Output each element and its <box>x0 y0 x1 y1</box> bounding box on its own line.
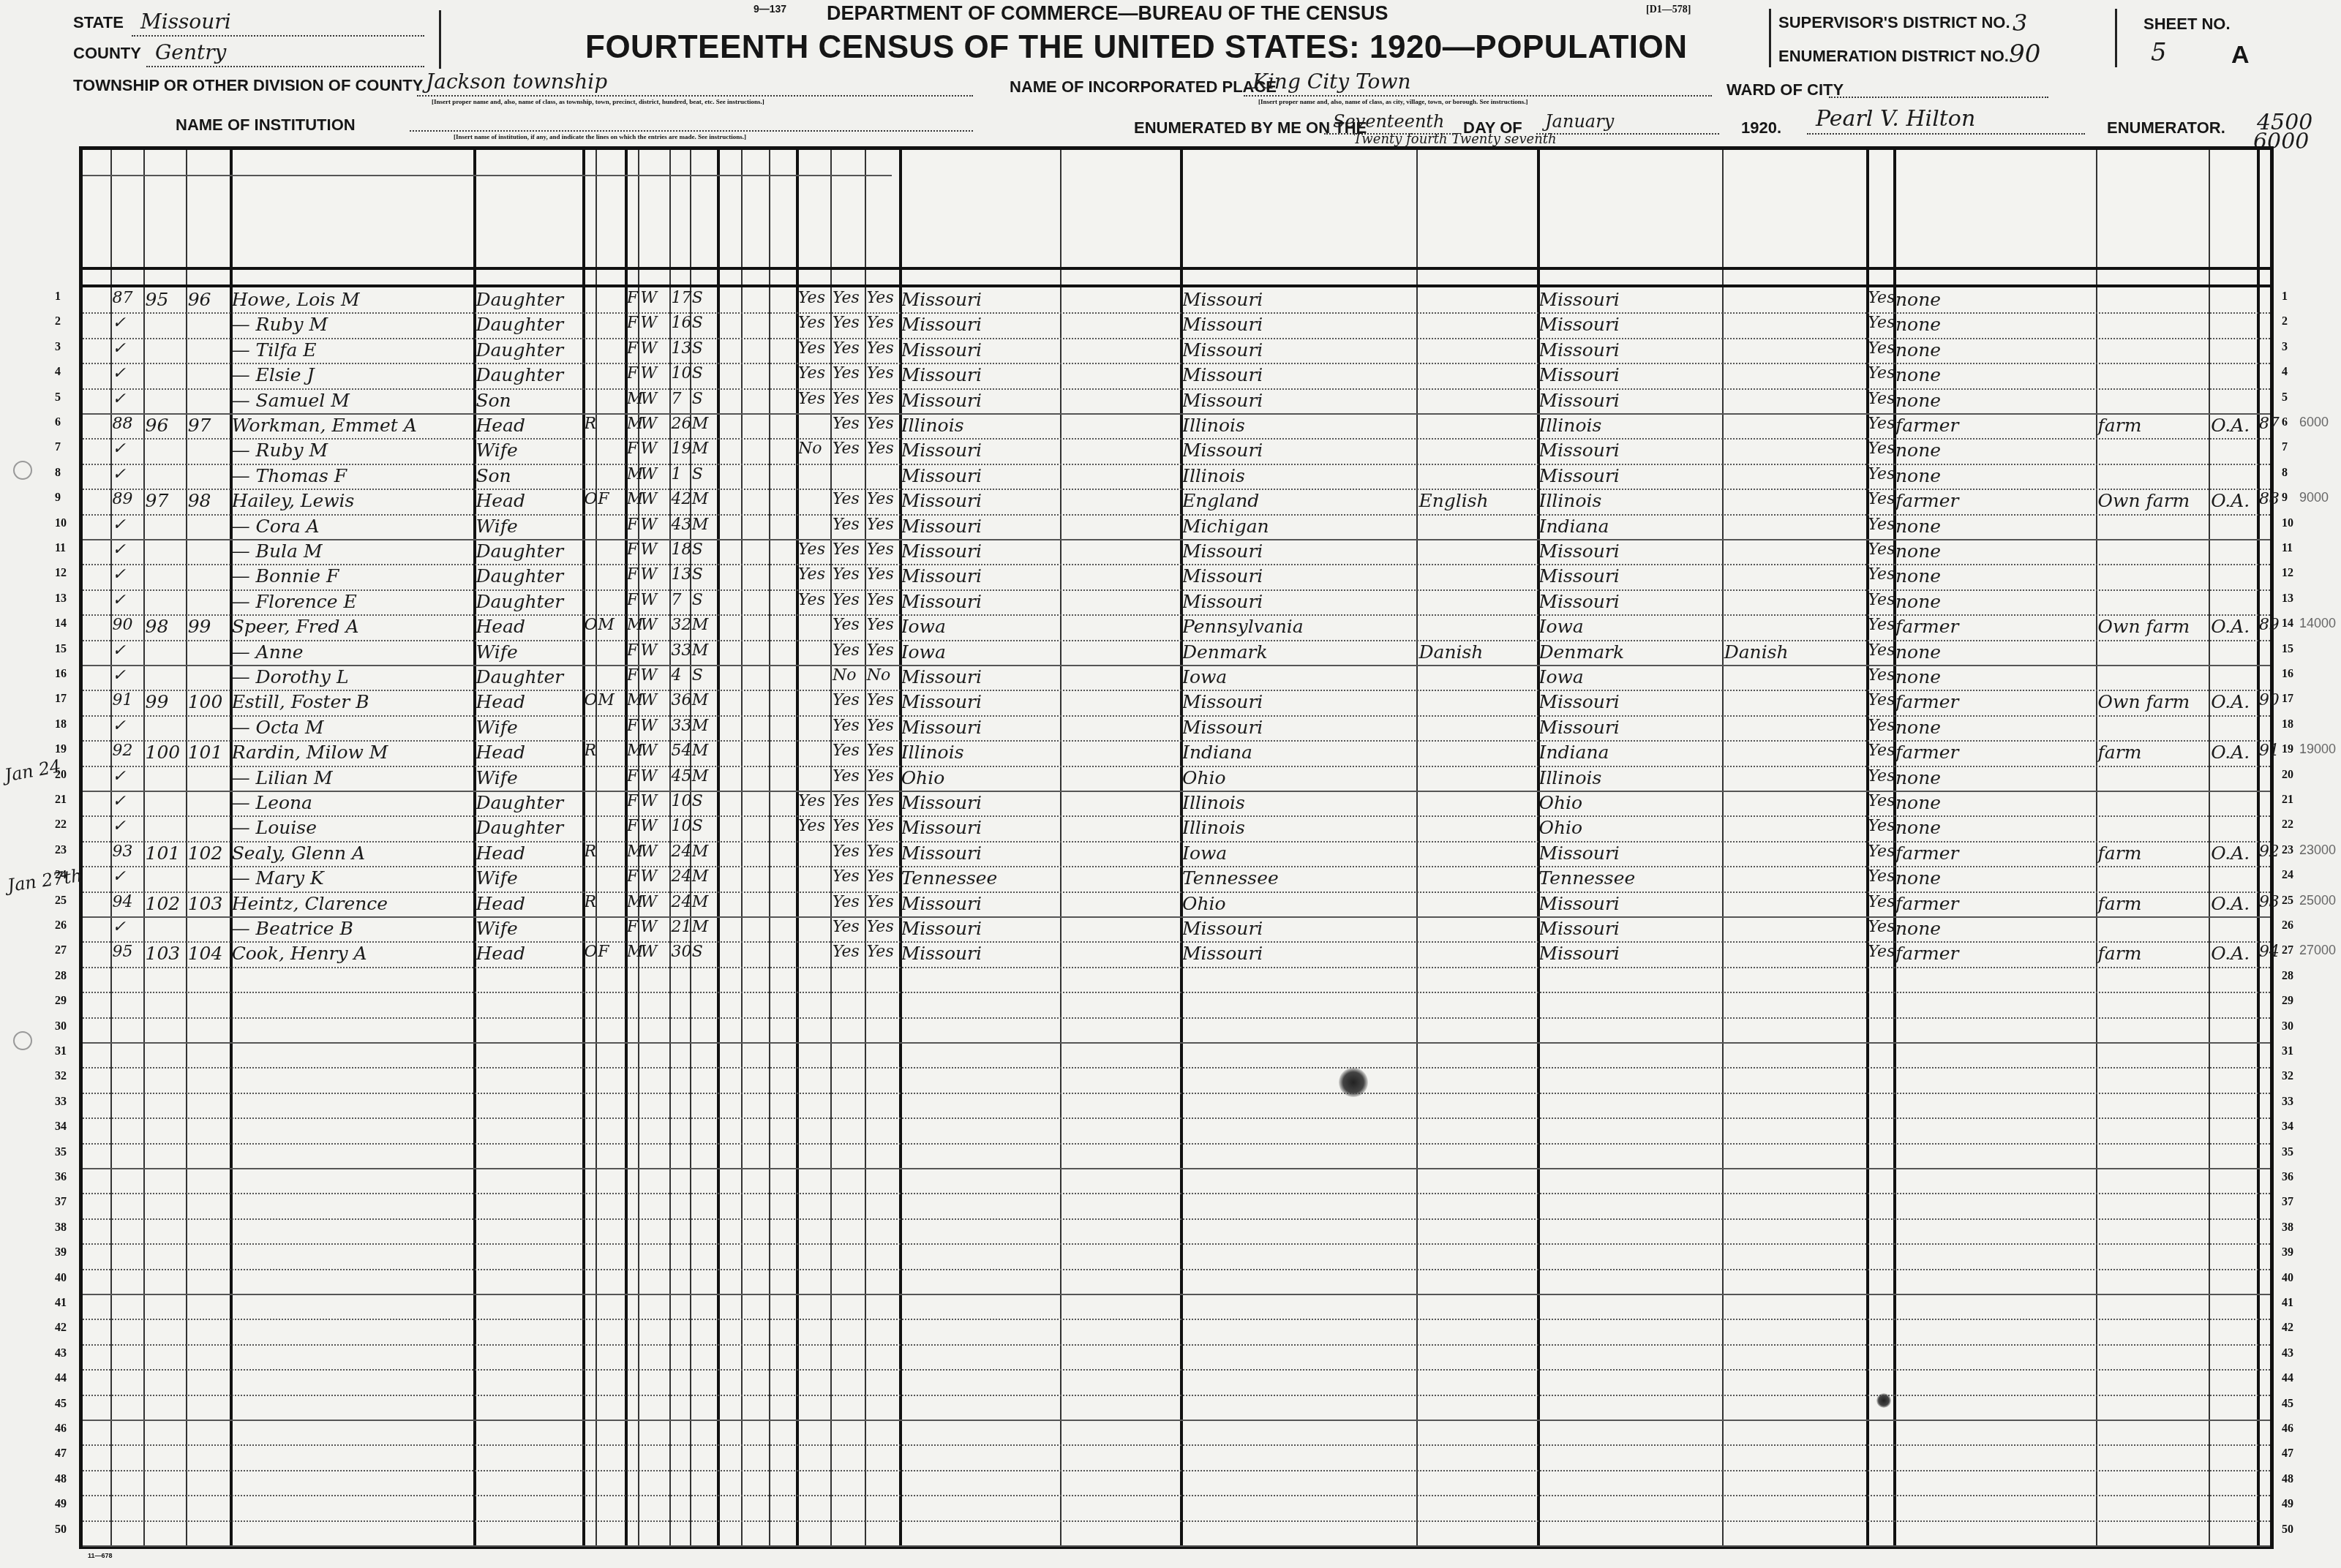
cell-name: — Samuel M <box>232 390 350 411</box>
cell-f-birth: Missouri <box>1182 591 1263 612</box>
cell-house: ✓ <box>113 540 126 559</box>
line-number: 48 <box>55 1473 67 1486</box>
line-number: 15 <box>2282 643 2293 656</box>
cell-birth: Missouri <box>901 817 982 838</box>
cell-sex: F <box>627 767 638 785</box>
cell-name: — Cora A <box>232 516 320 537</box>
table-row: ✓— Lilian MWifeFW45MYesYesOhioOhioIllino… <box>83 767 2270 792</box>
cell-birth: Ohio <box>901 767 945 788</box>
cell-relation: Wife <box>476 717 517 738</box>
line-number: 28 <box>55 970 67 983</box>
cell-birth: Missouri <box>901 516 982 537</box>
row-divider <box>83 1143 2270 1145</box>
cell-marital: S <box>692 540 703 559</box>
table-row: ✓— Ruby MWifeFW19MNoYesYesMissouriMissou… <box>83 440 2270 464</box>
cell-write: Yes <box>867 742 894 760</box>
cell-relation: Daughter <box>476 591 563 612</box>
cell-house: ✓ <box>113 867 126 886</box>
incorporated-place-field[interactable]: King City Town <box>1244 70 1712 97</box>
line-number: 37 <box>55 1196 67 1209</box>
cell-f-birth: Tennessee <box>1182 867 1279 889</box>
cell-age: 24 <box>672 867 692 886</box>
township-field[interactable]: Jackson township <box>417 70 973 97</box>
line-number: 25 <box>55 894 67 908</box>
line-number: 20 <box>2282 769 2293 782</box>
institution-field[interactable] <box>410 110 973 132</box>
cell-relation: Daughter <box>476 364 563 385</box>
ward-label: WARD OF CITY <box>1726 80 1844 99</box>
cell-house: ✓ <box>113 666 126 685</box>
cell-sex: F <box>627 591 638 609</box>
cell-age: 1 <box>672 465 682 483</box>
table-row: ✓— LouiseDaughterFW10SYesYesYesMissouriI… <box>83 817 2270 842</box>
line-number: 30 <box>55 1020 67 1033</box>
cell-birth: Missouri <box>901 918 982 939</box>
cell-name: Howe, Lois M <box>232 289 360 310</box>
cell-dwelling: 98 <box>146 616 169 637</box>
table-row: ✓— Beatrice BWifeFW21MYesYesMissouriMiss… <box>83 918 2270 943</box>
cell-m-birth: Iowa <box>1539 666 1584 687</box>
line-number: 5 <box>55 391 61 404</box>
cell-industry: farm <box>2098 843 2142 864</box>
cell-school: Yes <box>798 364 825 382</box>
line-number: 33 <box>2282 1096 2293 1109</box>
cell-relation: Head <box>476 490 525 511</box>
cell-english: Yes <box>1868 943 1895 961</box>
cell-race: W <box>640 767 657 785</box>
cell-marital: M <box>692 843 709 861</box>
row-divider <box>83 1520 2270 1522</box>
line-number: 38 <box>2282 1221 2293 1235</box>
cell-family: 101 <box>188 742 223 763</box>
cell-f-birth: Missouri <box>1182 918 1263 939</box>
cell-trade: none <box>1895 767 1941 788</box>
cell-relation: Wife <box>476 641 517 663</box>
cell-race: W <box>640 339 657 358</box>
cell-f-birth: Missouri <box>1182 717 1263 738</box>
cell-right-note: 6000 <box>2299 415 2329 430</box>
table-row: ✓— Ruby MDaughterFW16SYesYesYesMissouriM… <box>83 314 2270 339</box>
state-county-block: STATE Missouri COUNTY Gentry <box>73 10 441 69</box>
cell-read: Yes <box>833 893 860 911</box>
cell-english: Yes <box>1868 339 1895 358</box>
cell-race: W <box>640 641 657 660</box>
vertical-header-c16 <box>796 179 830 263</box>
cell-english: Yes <box>1868 364 1895 382</box>
cell-marital: S <box>692 390 703 408</box>
cell-m-birth: Ohio <box>1539 817 1583 838</box>
cell-trade: none <box>1895 792 1941 813</box>
cell-age: 33 <box>672 641 692 660</box>
print-code: 11—678 <box>88 1552 113 1559</box>
cell-sex: F <box>627 516 638 534</box>
cell-family: 99 <box>188 616 211 637</box>
vertical-header-c10 <box>638 179 669 263</box>
cell-name: — Beatrice B <box>232 918 353 939</box>
cell-school: Yes <box>798 817 825 835</box>
cell-english: Yes <box>1868 717 1895 735</box>
line-number: 18 <box>2282 718 2293 731</box>
cell-m-birth: Illinois <box>1539 490 1602 511</box>
cell-sex: F <box>627 641 638 660</box>
cell-write: Yes <box>867 390 894 408</box>
cell-trade: none <box>1895 666 1941 687</box>
cell-industry: Own farm <box>2098 616 2190 637</box>
cell-age: 18 <box>672 540 692 559</box>
line-number: 15 <box>55 643 67 656</box>
line-number: 3 <box>55 341 61 354</box>
line-number: 29 <box>55 995 67 1008</box>
cell-race: W <box>640 691 657 709</box>
line-number: 33 <box>55 1096 67 1109</box>
cell-read: Yes <box>833 289 860 307</box>
cell-marital: S <box>692 364 703 382</box>
cell-name: — Tilfa E <box>232 339 317 361</box>
line-number: 31 <box>2282 1045 2293 1058</box>
line-number: 46 <box>2282 1422 2293 1436</box>
cell-f-birth: Missouri <box>1182 364 1263 385</box>
enumerated-month-field[interactable]: January <box>1536 111 1719 135</box>
cell-write: Yes <box>867 490 894 508</box>
cell-house: 87 <box>113 289 133 307</box>
cell-relation: Head <box>476 616 525 637</box>
cell-m-birth: Missouri <box>1539 565 1620 587</box>
row-divider <box>83 1395 2270 1396</box>
cell-house: 92 <box>113 742 133 760</box>
line-number: 1 <box>2282 290 2288 304</box>
cell-f-birth: Indiana <box>1182 742 1252 763</box>
cell-farm: 92 <box>2259 843 2280 861</box>
cell-trade: none <box>1895 565 1941 587</box>
table-row: 909899Speer, Fred AHeadOMMW32MYesYesIowa… <box>83 616 2270 641</box>
cell-birth: Missouri <box>901 314 982 335</box>
township-value: Jackson township <box>426 69 607 94</box>
cell-m-birth: Illinois <box>1539 415 1602 436</box>
cell-sex: F <box>627 314 638 332</box>
line-number: 27 <box>55 944 67 957</box>
cell-sex: F <box>627 867 638 886</box>
supervisor-value: 3 <box>2013 9 2027 37</box>
cell-english: Yes <box>1868 817 1895 835</box>
enumerated-day-note: Twenty fourth Twenty seventh <box>1353 132 1557 147</box>
cell-m-birth: Denmark <box>1539 641 1625 663</box>
cell-race: W <box>640 717 657 735</box>
cell-m-tongue: Danish <box>1724 641 1789 663</box>
cell-name: — Leona <box>232 792 312 813</box>
cell-english: Yes <box>1868 742 1895 760</box>
cell-english: Yes <box>1868 591 1895 609</box>
cell-birth: Tennessee <box>901 867 998 889</box>
cell-name: — Bonnie F <box>232 565 339 587</box>
cell-race: W <box>640 792 657 810</box>
line-number: 22 <box>55 818 67 832</box>
cell-industry: farm <box>2098 415 2142 436</box>
cell-trade: none <box>1895 390 1941 411</box>
cell-name: — Mary K <box>232 867 324 889</box>
line-number: 39 <box>2282 1246 2293 1259</box>
cell-read: Yes <box>833 314 860 332</box>
cell-marital: M <box>692 893 709 911</box>
cell-read: Yes <box>833 339 860 358</box>
row-divider <box>83 1218 2270 1220</box>
cell-age: 54 <box>672 742 692 760</box>
supervisor-label: SUPERVISOR'S DISTRICT NO. <box>1778 13 2010 32</box>
cell-house: 95 <box>113 943 133 961</box>
cell-name: Heintz, Clarence <box>232 893 388 914</box>
cell-write: Yes <box>867 893 894 911</box>
cell-age: 10 <box>672 364 692 382</box>
cell-age: 13 <box>672 339 692 358</box>
line-number: 41 <box>2282 1297 2293 1310</box>
cell-write: Yes <box>867 691 894 709</box>
row-divider <box>83 1319 2270 1320</box>
table-row: 9199100Estill, Foster BHeadOMMW36MYesYes… <box>83 691 2270 716</box>
line-number: 13 <box>2282 592 2293 606</box>
cell-race: W <box>640 314 657 332</box>
cell-relation: Head <box>476 843 525 864</box>
cell-school: Yes <box>798 792 825 810</box>
cell-english: Yes <box>1868 440 1895 458</box>
cell-house: ✓ <box>113 918 126 936</box>
line-number: 37 <box>2282 1196 2293 1209</box>
enumerator-field[interactable]: Pearl V. Hilton <box>1807 110 2085 135</box>
township-instruction: [Insert proper name and, also, name of c… <box>432 98 764 105</box>
cell-trade: farmer <box>1895 943 1959 964</box>
cell-marital: S <box>692 565 703 584</box>
cell-english: Yes <box>1868 918 1895 936</box>
cell-age: 26 <box>672 415 692 433</box>
cell-name: Estill, Foster B <box>232 691 369 712</box>
enumerated-day-value: Seventeenth <box>1333 111 1444 132</box>
day-of-label: DAY OF <box>1463 118 1522 137</box>
cell-family: 103 <box>188 893 223 914</box>
cell-relation: Head <box>476 742 525 763</box>
line-number: 4 <box>2282 366 2288 379</box>
cell-marital: M <box>692 918 709 936</box>
department-heading: DEPARTMENT OF COMMERCE—BUREAU OF THE CEN… <box>827 2 1389 25</box>
cell-english: Yes <box>1868 616 1895 634</box>
cell-write: Yes <box>867 591 894 609</box>
cell-age: 17 <box>672 289 692 307</box>
table-row: ✓— Thomas FSonMW1SMissouriIllinoisMissou… <box>83 465 2270 490</box>
table-row: 889697Workman, Emmet AHeadRMW26MYesYesIl… <box>83 415 2270 440</box>
cell-name: — Lilian M <box>232 767 333 788</box>
cell-house: ✓ <box>113 364 126 382</box>
cell-name: — Thomas F <box>232 465 347 486</box>
line-number: 19 <box>2282 743 2293 756</box>
cell-race: W <box>640 465 657 483</box>
cell-write: Yes <box>867 339 894 358</box>
cell-school: No <box>798 440 822 458</box>
cell-birth: Missouri <box>901 943 982 964</box>
line-number: 2 <box>2282 315 2288 328</box>
cell-race: W <box>640 616 657 634</box>
census-sheet: 9—137 DEPARTMENT OF COMMERCE—BUREAU OF T… <box>0 0 2341 1568</box>
cell-marital: S <box>692 465 703 483</box>
cell-race: W <box>640 415 657 433</box>
table-row: 93101102Sealy, Glenn AHeadRMW24MYesYesMi… <box>83 843 2270 867</box>
cell-sex: F <box>627 565 638 584</box>
cell-relation: Daughter <box>476 339 563 361</box>
cell-m-birth: Iowa <box>1539 616 1584 637</box>
line-number: 46 <box>55 1422 67 1436</box>
cell-age: 36 <box>672 691 692 709</box>
row-divider <box>83 1117 2270 1119</box>
cell-sex: F <box>627 918 638 936</box>
cell-race: W <box>640 440 657 458</box>
table-row: ✓— Bonnie FDaughterFW13SYesYesYesMissour… <box>83 565 2270 590</box>
cell-home: R <box>585 843 597 861</box>
line-number: 17 <box>2282 693 2293 706</box>
cell-name: Cook, Henry A <box>232 943 367 964</box>
cell-race: W <box>640 516 657 534</box>
cell-house: ✓ <box>113 465 126 483</box>
cell-relation: Daughter <box>476 792 563 813</box>
cell-english: Yes <box>1868 516 1895 534</box>
line-number: 11 <box>55 542 66 555</box>
margin-note-left-2: Jan 27th <box>7 865 84 896</box>
cell-f-birth: Missouri <box>1182 339 1263 361</box>
cell-f-tongue: English <box>1418 490 1488 511</box>
line-number: 50 <box>55 1523 67 1537</box>
cell-name: — Dorothy L <box>232 666 349 687</box>
line-number: 23 <box>55 844 67 857</box>
cell-home: O <box>585 691 598 709</box>
cell-name: Hailey, Lewis <box>232 490 355 511</box>
vertical-header-c15 <box>769 179 797 263</box>
cell-read: Yes <box>833 440 860 458</box>
cell-dwelling: 96 <box>146 415 169 436</box>
cell-dwelling: 99 <box>146 691 169 712</box>
cell-trade: none <box>1895 516 1941 537</box>
cell-race: W <box>640 817 657 835</box>
line-number: 42 <box>55 1322 67 1335</box>
cell-birth: Missouri <box>901 565 982 587</box>
cell-house: ✓ <box>113 314 126 332</box>
cell-m-birth: Missouri <box>1539 339 1620 361</box>
cell-read: Yes <box>833 540 860 559</box>
cell-family: 104 <box>188 943 223 964</box>
vertical-header-c4 <box>186 179 230 263</box>
cell-family: 98 <box>188 490 211 511</box>
cell-trade: none <box>1895 465 1941 486</box>
cell-industry: farm <box>2098 943 2142 964</box>
cell-age: 7 <box>672 390 682 408</box>
cell-write: Yes <box>867 440 894 458</box>
cell-english: Yes <box>1868 666 1895 685</box>
cell-birth: Missouri <box>901 792 982 813</box>
cell-race: W <box>640 867 657 886</box>
cell-f-birth: Missouri <box>1182 540 1263 562</box>
cell-write: Yes <box>867 415 894 433</box>
cell-write: Yes <box>867 843 894 861</box>
cell-dwelling: 103 <box>146 943 181 964</box>
cell-marital: M <box>692 767 709 785</box>
line-number: 19 <box>55 743 67 756</box>
state-field[interactable]: Missouri <box>132 10 424 37</box>
cell-farm: 91 <box>2259 742 2280 760</box>
cell-house: ✓ <box>113 817 126 835</box>
cell-race: W <box>640 289 657 307</box>
cell-class: O.A. <box>2211 943 2250 964</box>
census-table: 1122334455667788991010111112121313141415… <box>79 146 2274 1549</box>
cell-school: Yes <box>798 289 825 307</box>
cell-birth: Missouri <box>901 666 982 687</box>
cell-sex: F <box>627 339 638 358</box>
table-row: ✓— Cora AWifeFW43MYesYesMissouriMichigan… <box>83 516 2270 540</box>
cell-f-birth: Missouri <box>1182 943 1263 964</box>
cell-family: 100 <box>188 691 223 712</box>
table-row: 95103104Cook, Henry AHeadOFMW30SYesYesMi… <box>83 943 2270 968</box>
punch-hole <box>13 1031 32 1050</box>
cell-marital: M <box>692 490 709 508</box>
row-divider <box>83 1495 2270 1496</box>
county-field[interactable]: Gentry <box>146 41 424 67</box>
vertical-header-c11 <box>669 179 690 263</box>
cell-trade: none <box>1895 817 1941 838</box>
cell-age: 10 <box>672 817 692 835</box>
cell-birth: Missouri <box>901 364 982 385</box>
cell-school: Yes <box>798 314 825 332</box>
row-divider <box>83 1369 2270 1371</box>
ink-blot <box>1876 1393 1891 1408</box>
ward-field[interactable] <box>1829 76 2048 98</box>
table-row: 94102103Heintz, ClarenceHeadRMW24MYesYes… <box>83 893 2270 918</box>
cell-dwelling: 97 <box>146 490 169 511</box>
cell-read: Yes <box>833 742 860 760</box>
cell-class: O.A. <box>2211 490 2250 511</box>
cell-f-birth: Ohio <box>1182 767 1226 788</box>
row-divider <box>83 1042 2270 1044</box>
cell-trade: none <box>1895 641 1941 663</box>
cell-write: Yes <box>867 817 894 835</box>
line-number: 4 <box>55 366 61 379</box>
table-row: ✓— LeonaDaughterFW10SYesYesYesMissouriIl… <box>83 792 2270 817</box>
cell-trade: farmer <box>1895 691 1959 712</box>
cell-f-birth: Denmark <box>1182 641 1268 663</box>
cell-read: Yes <box>833 516 860 534</box>
line-number: 43 <box>55 1347 67 1360</box>
line-number: 45 <box>2282 1398 2293 1411</box>
cell-trade: farmer <box>1895 415 1959 436</box>
vertical-header-c12 <box>690 179 718 263</box>
line-number: 29 <box>2282 995 2293 1008</box>
line-number: 30 <box>2282 1020 2293 1033</box>
cell-birth: Missouri <box>901 691 982 712</box>
cell-right-note: 14000 <box>2299 616 2336 631</box>
cell-age: 19 <box>672 440 692 458</box>
cell-relation: Daughter <box>476 666 563 687</box>
cell-trade: none <box>1895 918 1941 939</box>
line-number: 12 <box>55 567 67 580</box>
ed-value: 90 <box>2009 39 2040 69</box>
cell-mortgage: F <box>598 943 609 961</box>
cell-relation: Son <box>476 465 511 486</box>
line-number: 36 <box>55 1171 67 1184</box>
cell-relation: Wife <box>476 918 517 939</box>
cell-read: Yes <box>833 415 860 433</box>
cell-f-birth: Ohio <box>1182 893 1226 914</box>
incorporated-place-value: King City Town <box>1252 69 1410 94</box>
cell-sex: F <box>627 540 638 559</box>
cell-trade: none <box>1895 717 1941 738</box>
cell-english: Yes <box>1868 893 1895 911</box>
cell-m-birth: Missouri <box>1539 717 1620 738</box>
state-label: STATE <box>73 13 124 32</box>
cell-marital: S <box>692 314 703 332</box>
line-number: 16 <box>55 668 67 681</box>
cell-trade: farmer <box>1895 843 1959 864</box>
